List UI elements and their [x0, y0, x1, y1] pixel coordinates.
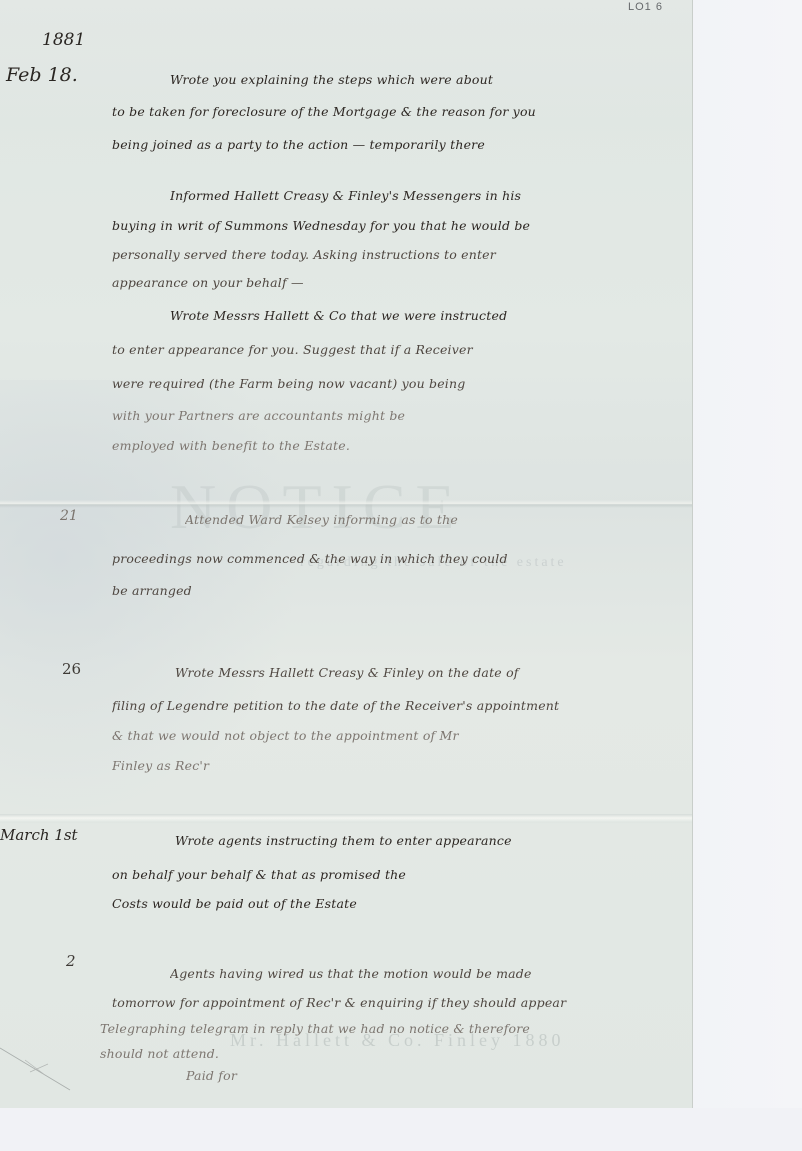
- entry-text-line: with your Partners are accountants might…: [112, 408, 562, 423]
- year-heading: 1881: [42, 30, 85, 50]
- entry-text-line: were required (the Farm being now vacant…: [112, 376, 582, 391]
- entry-date: 21: [60, 508, 78, 524]
- entry-text-line: Finley as Rec'r: [112, 758, 232, 773]
- closing-note: Paid for: [186, 1068, 266, 1083]
- entry-text-line: buying in writ of Summons Wednesday for …: [112, 218, 582, 233]
- ledger-page: NOTICE regarding the sale of the estate …: [0, 0, 692, 1108]
- entry-text-line: Wrote Messrs Hallett Creasy & Finley on …: [175, 665, 575, 680]
- entry-date: March 1st: [0, 826, 78, 844]
- entry-text-line: to enter appearance for you. Suggest tha…: [112, 342, 582, 357]
- entry-text-line: & that we would not object to the appoin…: [112, 728, 552, 743]
- fold-crease: [0, 814, 692, 824]
- entry-text-line: filing of Legendre petition to the date …: [112, 698, 587, 713]
- paper-shading: [0, 0, 692, 120]
- bleed-through-text: NOTICE: [170, 470, 465, 544]
- entry-text-line: being joined as a party to the action — …: [112, 137, 492, 152]
- entry-text-line: to be taken for foreclosure of the Mortg…: [112, 104, 587, 119]
- entry-date: Feb 18.: [6, 64, 78, 86]
- entry-text-line: Wrote agents instructing them to enter a…: [175, 833, 575, 848]
- entry-text-line: be arranged: [112, 583, 232, 598]
- entry-text-line: Costs would be paid out of the Estate: [112, 896, 362, 911]
- entry-text-line: Telegraphing telegram in reply that we h…: [100, 1021, 605, 1036]
- entry-text-line: Informed Hallett Creasy & Finley's Messe…: [170, 188, 580, 203]
- entry-text-line: proceedings now commenced & the way in w…: [112, 551, 552, 566]
- archive-reference-mark: LO1 6: [628, 1, 663, 13]
- entry-text-line: Attended Ward Kelsey informing as to the: [185, 512, 565, 527]
- entry-text-line: personally served there today. Asking in…: [112, 247, 582, 262]
- entry-text-line: tomorrow for appointment of Rec'r & enqu…: [112, 995, 602, 1010]
- entry-text-line: should not attend.: [100, 1046, 250, 1061]
- entry-text-line: Wrote Messrs Hallett & Co that we were i…: [170, 308, 580, 323]
- entry-text-line: employed with benefit to the Estate.: [112, 438, 412, 453]
- entry-text-line: appearance on your behalf —: [112, 275, 362, 290]
- entry-date: 2: [66, 952, 76, 970]
- entry-text-line: Agents having wired us that the motion w…: [170, 966, 585, 981]
- scan-background-bottom: [0, 1108, 802, 1151]
- fold-crease: [0, 500, 692, 508]
- entry-date: 26: [62, 660, 81, 678]
- entry-text-line: on behalf your behalf & that as promised…: [112, 867, 587, 882]
- entry-text-line: Wrote you explaining the steps which wer…: [170, 72, 580, 87]
- pencil-marks: [0, 1040, 90, 1100]
